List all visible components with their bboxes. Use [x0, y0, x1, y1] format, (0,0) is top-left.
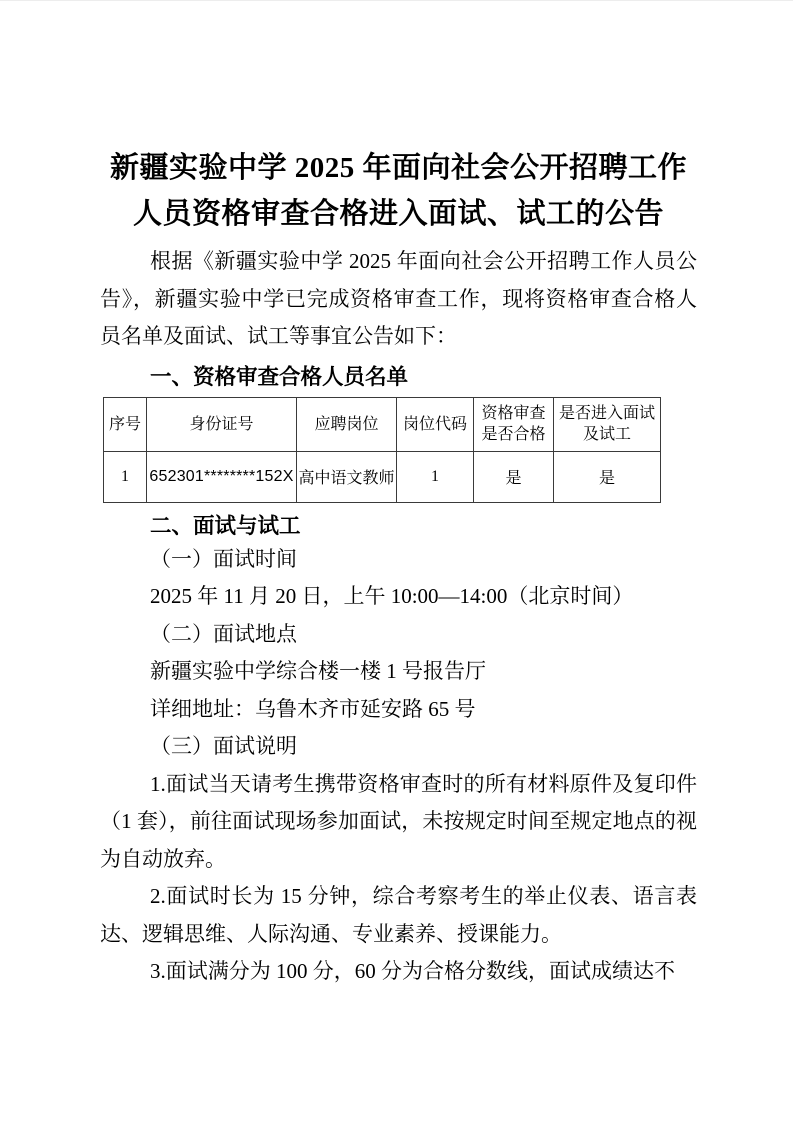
- cell-interview-entry: 是: [554, 451, 661, 502]
- interview-notes-heading: （三）面试说明: [100, 728, 697, 766]
- cell-position-code: 1: [397, 451, 474, 502]
- title-line-2: 人员资格审查合格进入面试、试工的公告: [100, 191, 697, 237]
- column-header-index: 序号: [104, 397, 147, 451]
- interview-address-value: 详细地址：乌鲁木齐市延安路 65 号: [100, 691, 697, 729]
- column-header-review-result-line-2: 是否合格: [475, 424, 552, 445]
- title-line-1: 新疆实验中学 2025 年面向社会公开招聘工作: [100, 145, 697, 191]
- interview-location-value: 新疆实验中学综合楼一楼 1 号报告厅: [100, 653, 697, 691]
- cell-review-result: 是: [474, 451, 554, 502]
- document-title: 新疆实验中学 2025 年面向社会公开招聘工作 人员资格审查合格进入面试、试工的…: [100, 145, 697, 237]
- column-header-position-label: 应聘岗位: [298, 414, 395, 435]
- interview-note-2: 2.面试时长为 15 分钟，综合考察考生的举止仪表、语言表达、逻辑思维、人际沟通…: [100, 878, 697, 953]
- interview-note-1: 1.面试当天请考生携带资格审查时的所有材料原件及复印件（1 套），前往面试现场参…: [100, 766, 697, 879]
- column-header-position: 应聘岗位: [297, 397, 397, 451]
- column-header-review-result-line-1: 资格审查: [475, 403, 552, 424]
- cell-id-number: 652301********152X: [147, 451, 297, 502]
- column-header-id-number: 身份证号: [147, 397, 297, 451]
- column-header-index-label: 序号: [105, 414, 145, 435]
- section-1-heading: 一、资格审查合格人员名单: [100, 363, 697, 391]
- interview-location-heading: （二）面试地点: [100, 616, 697, 654]
- table-header-row: 序号 身份证号 应聘岗位 岗位代码 资格审查 是否合格: [104, 397, 661, 451]
- cell-index: 1: [104, 451, 147, 502]
- column-header-position-code-label: 岗位代码: [398, 414, 472, 435]
- qualified-candidates-table: 序号 身份证号 应聘岗位 岗位代码 资格审查 是否合格: [103, 397, 661, 503]
- interview-time-value: 2025 年 11 月 20 日，上午 10:00—14:00（北京时间）: [100, 578, 697, 616]
- column-header-id-number-label: 身份证号: [148, 414, 295, 435]
- interview-time-heading: （一）面试时间: [100, 541, 697, 579]
- column-header-review-result: 资格审查 是否合格: [474, 397, 554, 451]
- document-page: 新疆实验中学 2025 年面向社会公开招聘工作 人员资格审查合格进入面试、试工的…: [0, 0, 793, 1122]
- cell-position: 高中语文教师: [297, 451, 397, 502]
- table-row: 1 652301********152X 高中语文教师 1 是 是: [104, 451, 661, 502]
- interview-note-3: 3.面试满分为 100 分，60 分为合格分数线，面试成绩达不: [100, 953, 697, 991]
- section-2-heading: 二、面试与试工: [100, 512, 697, 541]
- column-header-interview-entry: 是否进入面试 及试工: [554, 397, 661, 451]
- column-header-interview-entry-line-2: 及试工: [555, 424, 659, 445]
- document-content: 新疆实验中学 2025 年面向社会公开招聘工作 人员资格审查合格进入面试、试工的…: [0, 1, 793, 991]
- intro-paragraph: 根据《新疆实验中学 2025 年面向社会公开招聘工作人员公告》，新疆实验中学已完…: [100, 243, 697, 356]
- column-header-interview-entry-line-1: 是否进入面试: [555, 403, 659, 424]
- column-header-position-code: 岗位代码: [397, 397, 474, 451]
- section-2-body: （一）面试时间 2025 年 11 月 20 日，上午 10:00—14:00（…: [100, 541, 697, 991]
